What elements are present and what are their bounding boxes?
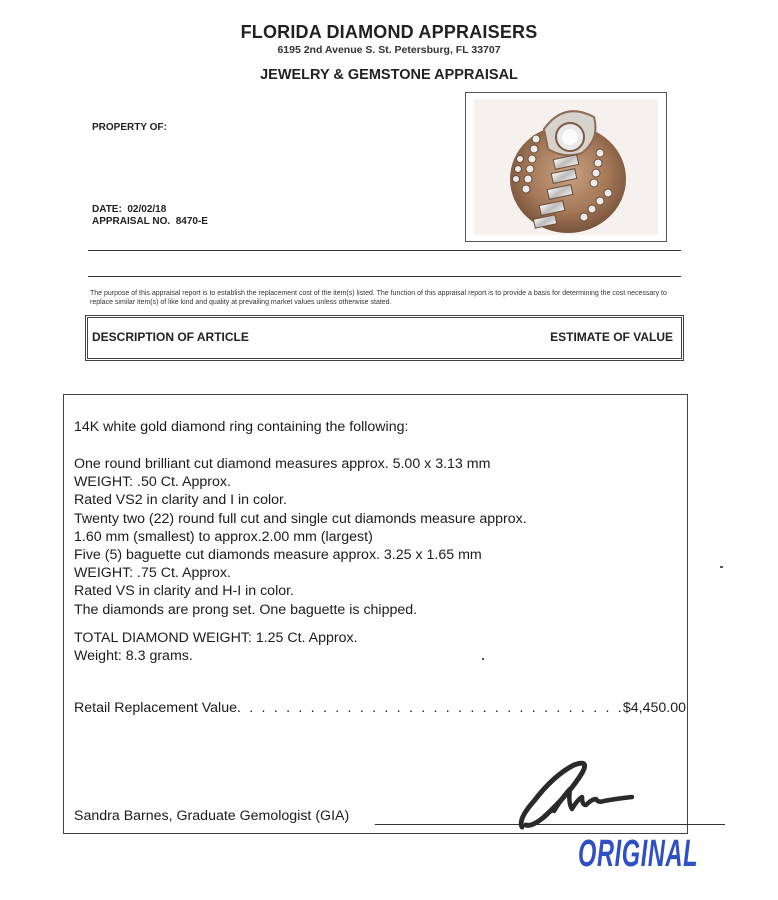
appraisal-number-value: 8470-E <box>176 216 208 227</box>
total-weight: Weight: 8.3 grams. <box>74 647 358 665</box>
detail-line: Five (5) baguette cut diamonds measure a… <box>74 546 527 564</box>
company-name: FLORIDA DIAMOND APPRAISERS <box>0 22 778 43</box>
signer-name: Sandra Barnes, Graduate Gemologist (GIA) <box>74 808 349 824</box>
article-table-header: DESCRIPTION OF ARTICLE ESTIMATE OF VALUE <box>85 315 684 361</box>
date-value: 02/02/18 <box>127 204 166 215</box>
date-field: DATE: 02/02/18 <box>92 204 166 215</box>
retail-replacement-row: Retail Replacement Value . . . . . . . .… <box>74 700 686 716</box>
scan-speck <box>720 566 723 568</box>
ring-photo-illustration <box>474 99 658 235</box>
detail-line: WEIGHT: .50 Ct. Approx. <box>74 473 527 491</box>
retail-replacement-value: $4,450.00 <box>623 700 686 716</box>
detail-line: 1.60 mm (smallest) to approx.2.00 mm (la… <box>74 528 527 546</box>
signature-scribble <box>510 755 650 835</box>
ring-photo-frame <box>465 92 667 242</box>
purpose-statement: The purpose of this appraisal report is … <box>90 289 690 307</box>
ring-photo <box>474 99 658 235</box>
article-totals: TOTAL DIAMOND WEIGHT: 1.25 Ct. Approx. W… <box>74 629 358 665</box>
article-intro: 14K white gold diamond ring containing t… <box>74 418 408 436</box>
property-of-field: PROPERTY OF: <box>92 122 167 133</box>
detail-line: Rated VS2 in clarity and I in color. <box>74 491 527 509</box>
appraisal-number-field: APPRAISAL NO. 8470-E <box>92 216 208 227</box>
detail-line: One round brilliant cut diamond measures… <box>74 455 527 473</box>
detail-line: Twenty two (22) round full cut and singl… <box>74 510 527 528</box>
retail-replacement-label: Retail Replacement Value <box>74 700 237 716</box>
description-column-header: DESCRIPTION OF ARTICLE <box>92 330 249 344</box>
detail-line: The diamonds are prong set. One baguette… <box>74 601 527 619</box>
company-address: 6195 2nd Avenue S. St. Petersburg, FL 33… <box>0 44 778 56</box>
property-of-label: PROPERTY OF: <box>92 122 167 133</box>
scan-speck <box>482 658 484 660</box>
detail-line: Rated VS in clarity and H-I in color. <box>74 582 527 600</box>
original-stamp: ORIGINAL <box>578 834 698 874</box>
divider-line <box>88 250 681 251</box>
total-diamond-weight: TOTAL DIAMOND WEIGHT: 1.25 Ct. Approx. <box>74 629 358 647</box>
value-column-header: ESTIMATE OF VALUE <box>550 330 673 344</box>
divider-line <box>88 276 681 277</box>
detail-line: WEIGHT: .75 Ct. Approx. <box>74 564 527 582</box>
article-details: One round brilliant cut diamond measures… <box>74 455 527 619</box>
appraisal-number-label: APPRAISAL NO. <box>92 216 170 227</box>
date-label: DATE: <box>92 204 122 215</box>
document-title: JEWELRY & GEMSTONE APPRAISAL <box>0 67 778 83</box>
leader-dots: . . . . . . . . . . . . . . . . . . . . … <box>237 700 621 716</box>
